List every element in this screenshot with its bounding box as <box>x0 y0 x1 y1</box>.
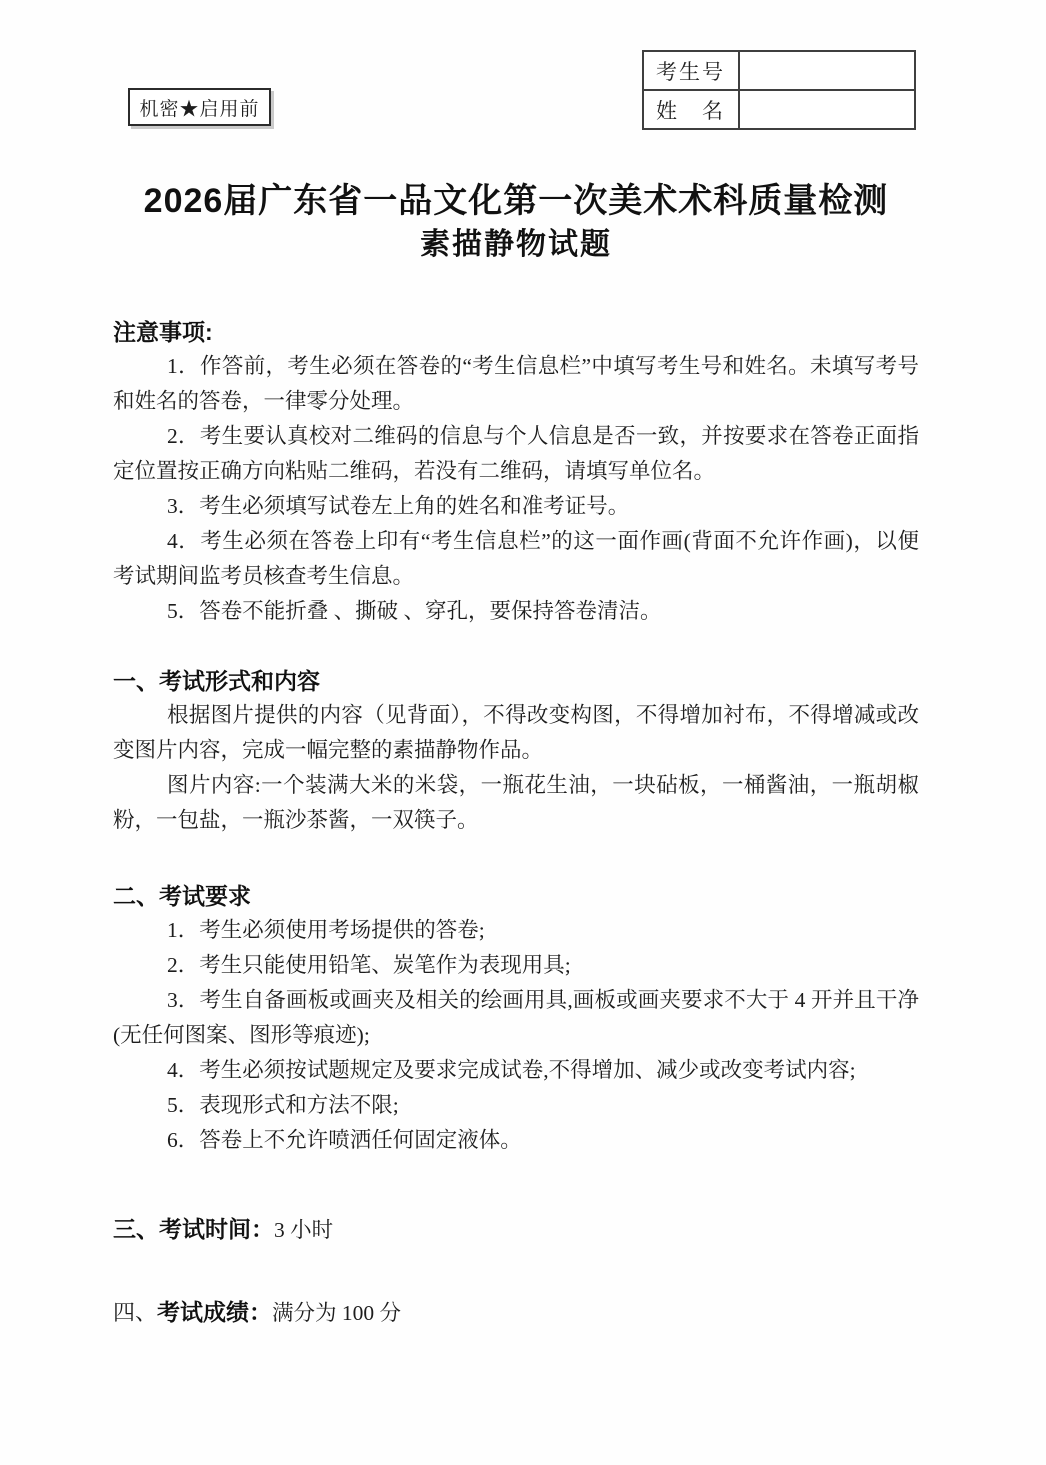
section2-item-6: 6．答卷上不允许喷洒任何固定液体。 <box>113 1123 919 1158</box>
section2-heading: 二、考试要求 <box>113 880 919 913</box>
section3-value: 3 小时 <box>274 1218 333 1242</box>
section2-item-5: 5．表现形式和方法不限; <box>113 1088 919 1123</box>
exam-paper-page: 机密★启用前 考生号 姓 名 2026届广东省一品文化第一次美术术科质量检测 素… <box>0 0 1046 1465</box>
section4-line: 四、考试成绩：满分为 100 分 <box>113 1296 919 1332</box>
section2-item-4: 4．考生必须按试题规定及要求完成试卷,不得增加、减少或改变考试内容; <box>113 1053 919 1088</box>
section1-paragraph-1: 根据图片提供的内容（见背面），不得改变构图，不得增加衬布，不得增减或改变图片内容… <box>113 698 919 768</box>
section4-heading: 考试成绩： <box>157 1299 272 1325</box>
section4-prefix: 四、 <box>113 1300 157 1325</box>
document-body: 2026届广东省一品文化第一次美术术科质量检测 素描静物试题 注意事项: 1．作… <box>113 0 919 1332</box>
page-title-line2: 素描静物试题 <box>113 224 919 266</box>
notice-item-1: 1．作答前，考生必须在答卷的“考生信息栏”中填写考生号和姓名。未填写考号和姓名的… <box>113 349 919 419</box>
notice-item-3: 3．考生必须填写试卷左上角的姓名和准考证号。 <box>113 489 919 524</box>
section2-item-2: 2．考生只能使用铅笔、炭笔作为表现用具; <box>113 948 919 983</box>
section4-value: 满分为 100 分 <box>272 1301 401 1325</box>
notice-heading: 注意事项: <box>113 316 919 349</box>
section1-heading: 一、考试形式和内容 <box>113 665 919 698</box>
notice-item-4: 4．考生必须在答卷上印有“考生信息栏”的这一面作画(背面不允许作画)，以便考试期… <box>113 524 919 594</box>
notice-item-2: 2．考生要认真校对二维码的信息与个人信息是否一致，并按要求在答卷正面指定位置按正… <box>113 419 919 489</box>
section2-item-1: 1．考生必须使用考场提供的答卷; <box>113 913 919 948</box>
page-title-line1: 2026届广东省一品文化第一次美术术科质量检测 <box>113 178 919 224</box>
notice-item-5: 5．答卷不能折叠 、撕破 、穿孔，要保持答卷清洁。 <box>113 594 919 629</box>
section1-paragraph-2: 图片内容:一个装满大米的米袋，一瓶花生油，一块砧板，一桶酱油，一瓶胡椒粉，一包盐… <box>113 768 919 838</box>
section3-line: 三、考试时间：3 小时 <box>113 1213 919 1249</box>
section2-item-3: 3．考生自备画板或画夹及相关的绘画用具,画板或画夹要求不大于 4 开并且干净(无… <box>113 983 919 1053</box>
section3-heading: 三、考试时间： <box>113 1216 274 1242</box>
